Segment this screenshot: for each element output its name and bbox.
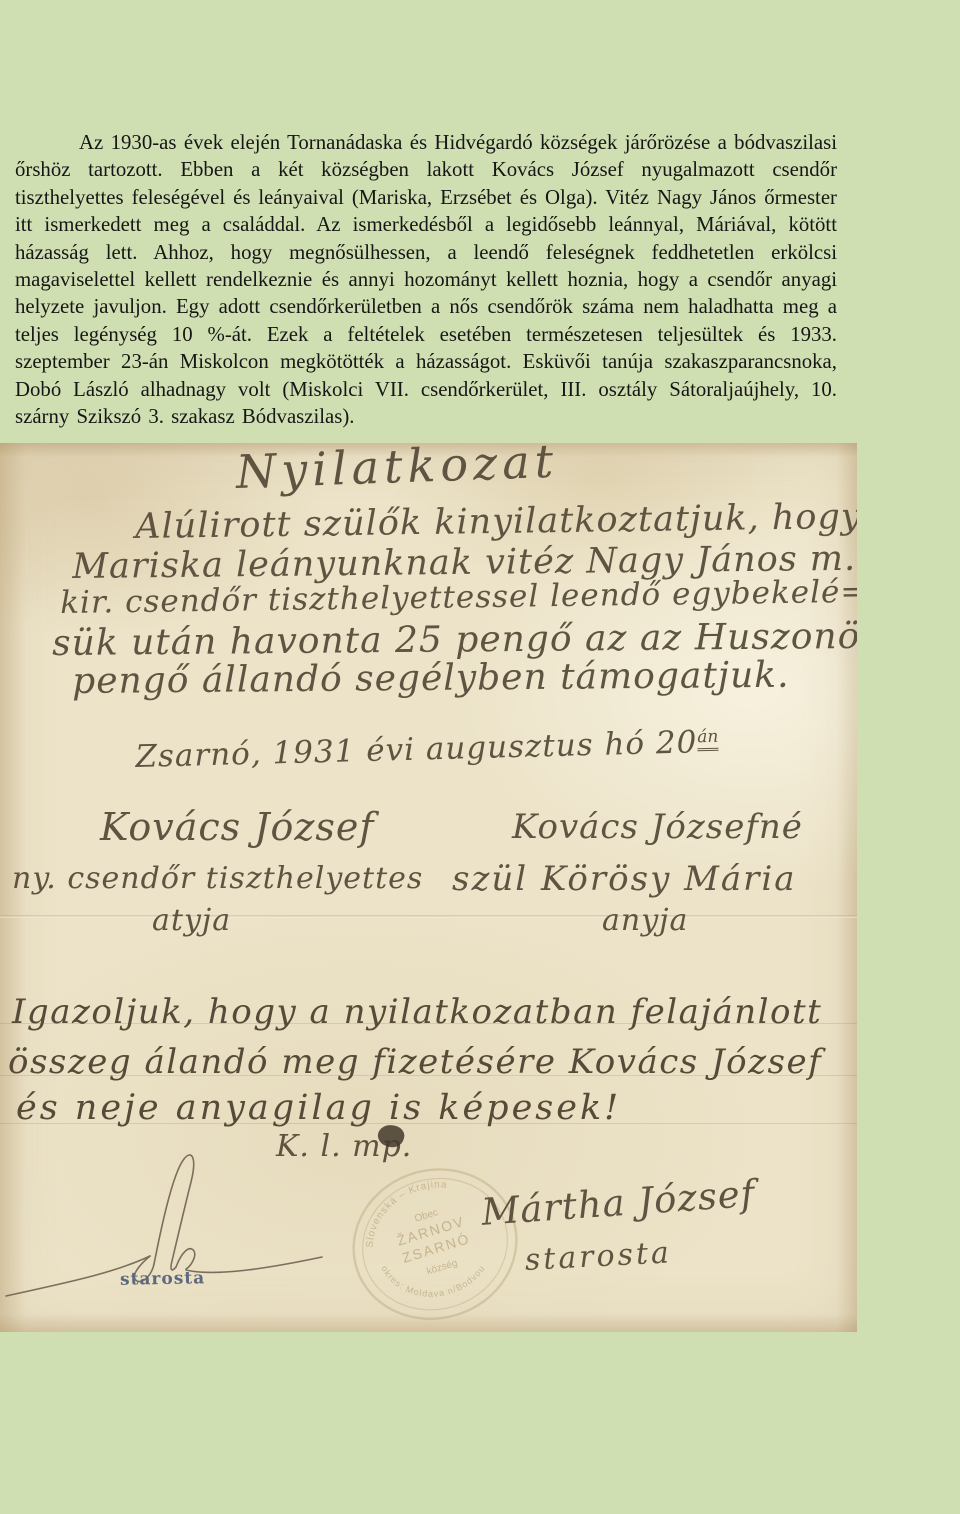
mayor-stamp-label: starosta	[120, 1268, 206, 1289]
mayor-title-handwritten: starosta	[524, 1235, 673, 1278]
father-relation: atyja	[152, 903, 231, 938]
certification-line: Igazoljuk, hogy a nyilatkozatban felaján…	[12, 992, 822, 1032]
declaration-title: Nyilatkozat	[235, 443, 559, 499]
seal-kozseg-text: község	[425, 1258, 459, 1278]
mayor-name-signature: Mártha József	[480, 1172, 757, 1234]
father-role: ny. csendőr tiszthelyettes	[12, 861, 423, 896]
mother-maiden-name: szül Körösy Mária	[452, 859, 797, 899]
intro-paragraph: Az 1930-as évek elején Tornanádaska és H…	[15, 129, 837, 430]
date-line: Zsarnó, 1931 évi augusztus hó 20án	[135, 724, 719, 775]
village-seal-stamp: Slovenská – Krajina okres: Moldava n/Bod…	[329, 1143, 543, 1332]
slide-page: Az 1930-as évek elején Tornanádaska és H…	[0, 0, 960, 1514]
mother-relation: anyja	[602, 903, 688, 938]
date-superscript: án	[697, 727, 719, 752]
father-signature: Kovács József	[100, 805, 374, 849]
mother-signature: Kovács Józsefné	[512, 807, 803, 847]
document-scan: Nyilatkozat Alúlirott szülők kinyilatkoz…	[0, 443, 857, 1332]
declaration-line: pengő állandó segélyben támogatjuk.	[72, 655, 790, 702]
certification-line: és neje anyagilag is képesek!	[16, 1088, 621, 1128]
date-text: Zsarnó, 1931 évi augusztus hó 20	[135, 724, 698, 775]
certification-line: összeg álandó meg fizetésére Kovács Józs…	[8, 1042, 822, 1082]
fold-crease	[0, 915, 857, 918]
